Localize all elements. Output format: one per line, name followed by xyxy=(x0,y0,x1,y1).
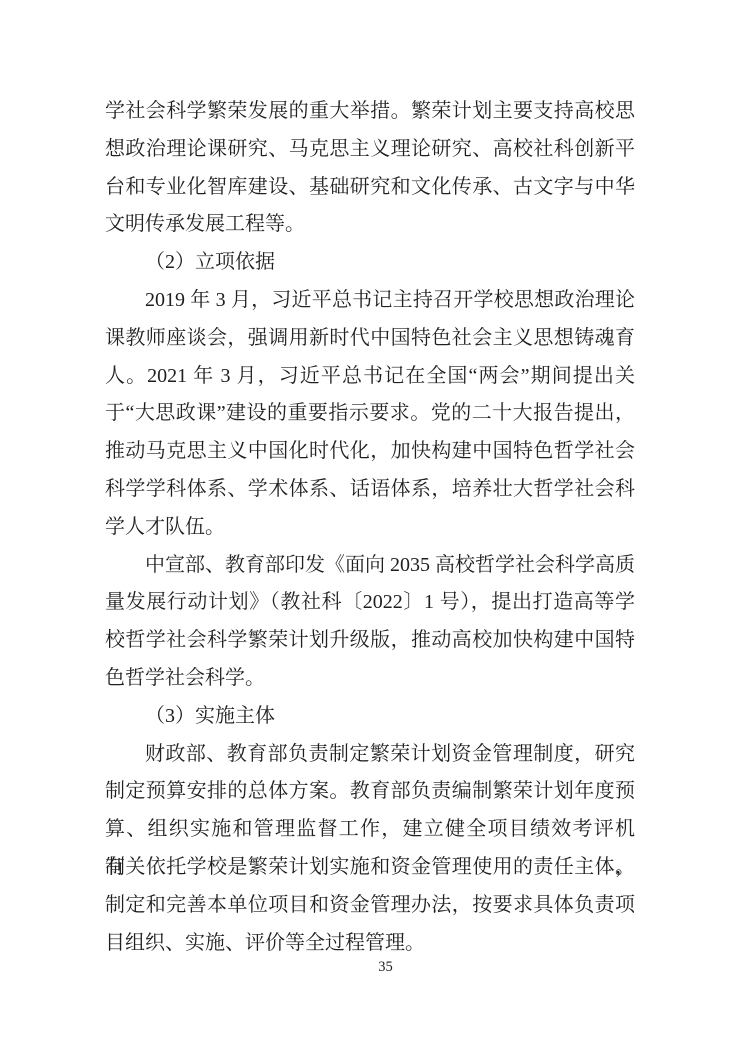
text-line: 文明传承发展工程等。 xyxy=(105,206,635,244)
text-line: 校哲学社会科学繁荣计划升级版，推动高校加快构建中国特 xyxy=(105,622,635,660)
text-line: 推动马克思主义中国化时代化，加快构建中国特色哲学社会 xyxy=(105,433,635,471)
text-line: 财政部、教育部负责制定繁荣计划资金管理制度，研究 xyxy=(105,736,635,774)
text-line: 学社会科学繁荣发展的重大举措。繁荣计划主要支持高校思 xyxy=(105,93,635,131)
text-line: 目组织、实施、评价等全过程管理。 xyxy=(105,925,635,963)
text-line: 2019 年 3 月，习近平总书记主持召开学校思想政治理论 xyxy=(105,282,635,320)
text-line: 课教师座谈会，强调用新时代中国特色社会主义思想铸魂育 xyxy=(105,320,635,358)
text-line: 想政治理论课研究、马克思主义理论研究、高校社科创新平 xyxy=(105,131,635,169)
text-line: 制定预算安排的总体方案。教育部负责编制繁荣计划年度预 xyxy=(105,773,635,811)
text-line: 中宣部、教育部印发《面向 2035 高校哲学社会科学高质 xyxy=(105,547,635,585)
text-line: 有关依托学校是繁荣计划实施和资金管理使用的责任主体， xyxy=(105,849,635,887)
page-number: 35 xyxy=(13,959,745,976)
text-line: 人。2021 年 3 月，习近平总书记在全国“两会”期间提出关 xyxy=(105,358,635,396)
text-line: 量发展行动计划》（教社科〔2022〕1 号），提出打造高等学 xyxy=(105,584,635,622)
text-line: 科学学科体系、学术体系、话语体系，培养壮大哲学社会科 xyxy=(105,471,635,509)
section-heading: （3）实施主体 xyxy=(105,698,635,736)
text-line: 制定和完善本单位项目和资金管理办法，按要求具体负责项 xyxy=(105,887,635,925)
section-heading: （2）立项依据 xyxy=(105,244,635,282)
body-text: 学社会科学繁荣发展的重大举措。繁荣计划主要支持高校思 想政治理论课研究、马克思主… xyxy=(105,93,635,962)
text-line: 于“大思政课”建设的重要指示要求。党的二十大报告提出， xyxy=(105,395,635,433)
text-line: 台和专业化智库建设、基础研究和文化传承、古文字与中华 xyxy=(105,169,635,207)
text-line: 色哲学社会科学。 xyxy=(105,660,635,698)
text-line: 学人才队伍。 xyxy=(105,509,635,547)
document-page: 学社会科学繁荣发展的重大举措。繁荣计划主要支持高校思 想政治理论课研究、马克思主… xyxy=(0,0,745,1053)
text-line: 算、组织实施和管理监督工作，建立健全项目绩效考评机制。 xyxy=(105,811,635,849)
